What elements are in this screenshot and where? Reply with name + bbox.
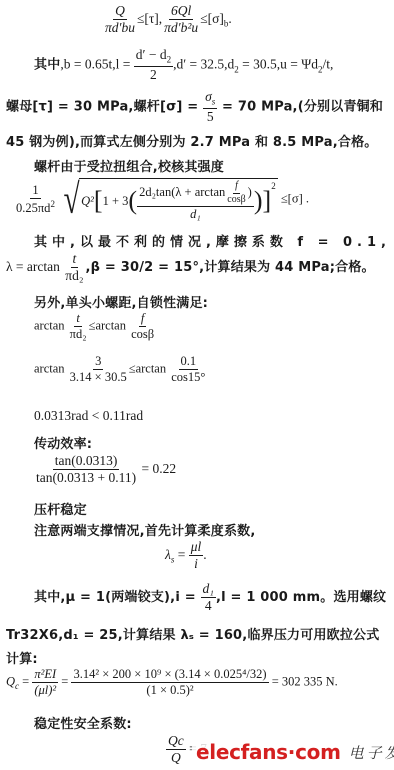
paragraph-text: 注意两端支撑情况,首先计算柔度系数, [34,520,255,539]
lead-angle-line: λ = arctan t πd₂ ,β = 30/2 = 15°,计算结果为 4… [6,252,375,283]
paragraph-text: 另外,单头小螺距,自锁性满足: [34,292,208,311]
fraction: 0.1 cos15° [169,355,207,384]
fraction: Qc Q [166,734,186,765]
fraction: 1 0.25πd2 [14,184,57,215]
paragraph-text: 计算: [6,648,38,667]
paragraph-text: 螺杆由于受拉扭组合,校核其强度 [34,156,224,175]
formula-self-lock-values: arctan 3 3.14 × 30.5 ≤arctan 0.1 cos15° [34,355,207,384]
paragraph-text: 其中,以最不利的情况,摩擦系数 f = 0.1, [34,231,391,250]
fraction: π²EI (μl)² [32,668,58,697]
fraction: 3.14² × 200 × 10⁹ × (3.14 × 0.025⁴/32) (… [71,668,268,697]
section-label: 传动效率: [34,433,92,452]
allowable-stress-line: 螺母[τ] = 30 MPa,螺杆[σ] = σs 5 = 70 MPa,(分别… [6,90,383,124]
square-root: √ Q² [ 1 + 3 ( 2d₂tan(λ + arctan fcosβ) … [60,178,278,221]
result-text: 0.0313rad < 0.11rad [34,408,143,424]
fraction: 6Ql πd′b²u [162,4,200,35]
section-label: 压杆稳定 [34,499,87,518]
watermark-cn: 电子发烧友 [349,742,394,763]
formula-self-lock: arctan t πd₂ ≤arctan f cosβ [34,312,156,341]
parameter-definitions: 其中,μ = 1(两端铰支),i = d₁ 4 ,l = 1 000 mm。选用… [34,582,386,613]
watermark-brand: elecfans·com [196,740,341,764]
fraction: d₁ 4 [201,582,216,613]
formula-efficiency: tan(0.0313) tan(0.0313 + 0.11) = 0.22 [34,454,176,485]
fraction: t πd₂ [63,252,85,283]
parameter-definitions: 其中,b = 0.65t,l = d′ − d2 2 ,d′ = 32.5,d2… [34,48,333,82]
formula-slenderness: λs = μl i . [165,540,207,571]
paragraph-text: Tr32X6,d₁ = 25,计算结果 λₛ = 160,临界压力可用欧拉公式 [6,624,379,643]
formula-euler-critical-load: Qc = π²EI (μl)² = 3.14² × 200 × 10⁹ × (3… [6,668,338,697]
fraction: μl i [189,540,204,571]
fraction: σs 5 [203,90,217,124]
fraction: 3 3.14 × 30.5 [68,355,129,384]
section-label: 稳定性安全系数: [34,713,132,732]
watermark: elecfans·com 电子发烧友 [192,740,394,764]
fraction: f cosβ [129,312,156,341]
formula-shear-bending: Q πd′bu ≤[τ], 6Ql πd′b²u ≤[σ]b. [103,4,232,35]
fraction: tan(0.0313) tan(0.0313 + 0.11) [34,454,138,485]
paragraph-text: 45 钢为例),而算式左侧分别为 2.7 MPa 和 8.5 MPa,合格。 [6,131,378,150]
formula-strength-check: 1 0.25πd2 √ Q² [ 1 + 3 ( 2d₂tan(λ + arct… [14,178,309,221]
fraction: 2d₂tan(λ + arctan fcosβ) d₁ [137,181,254,221]
fraction: d′ − d2 2 [134,48,173,82]
fraction: t πd₂ [68,312,89,341]
fraction: Q πd′bu [103,4,137,35]
